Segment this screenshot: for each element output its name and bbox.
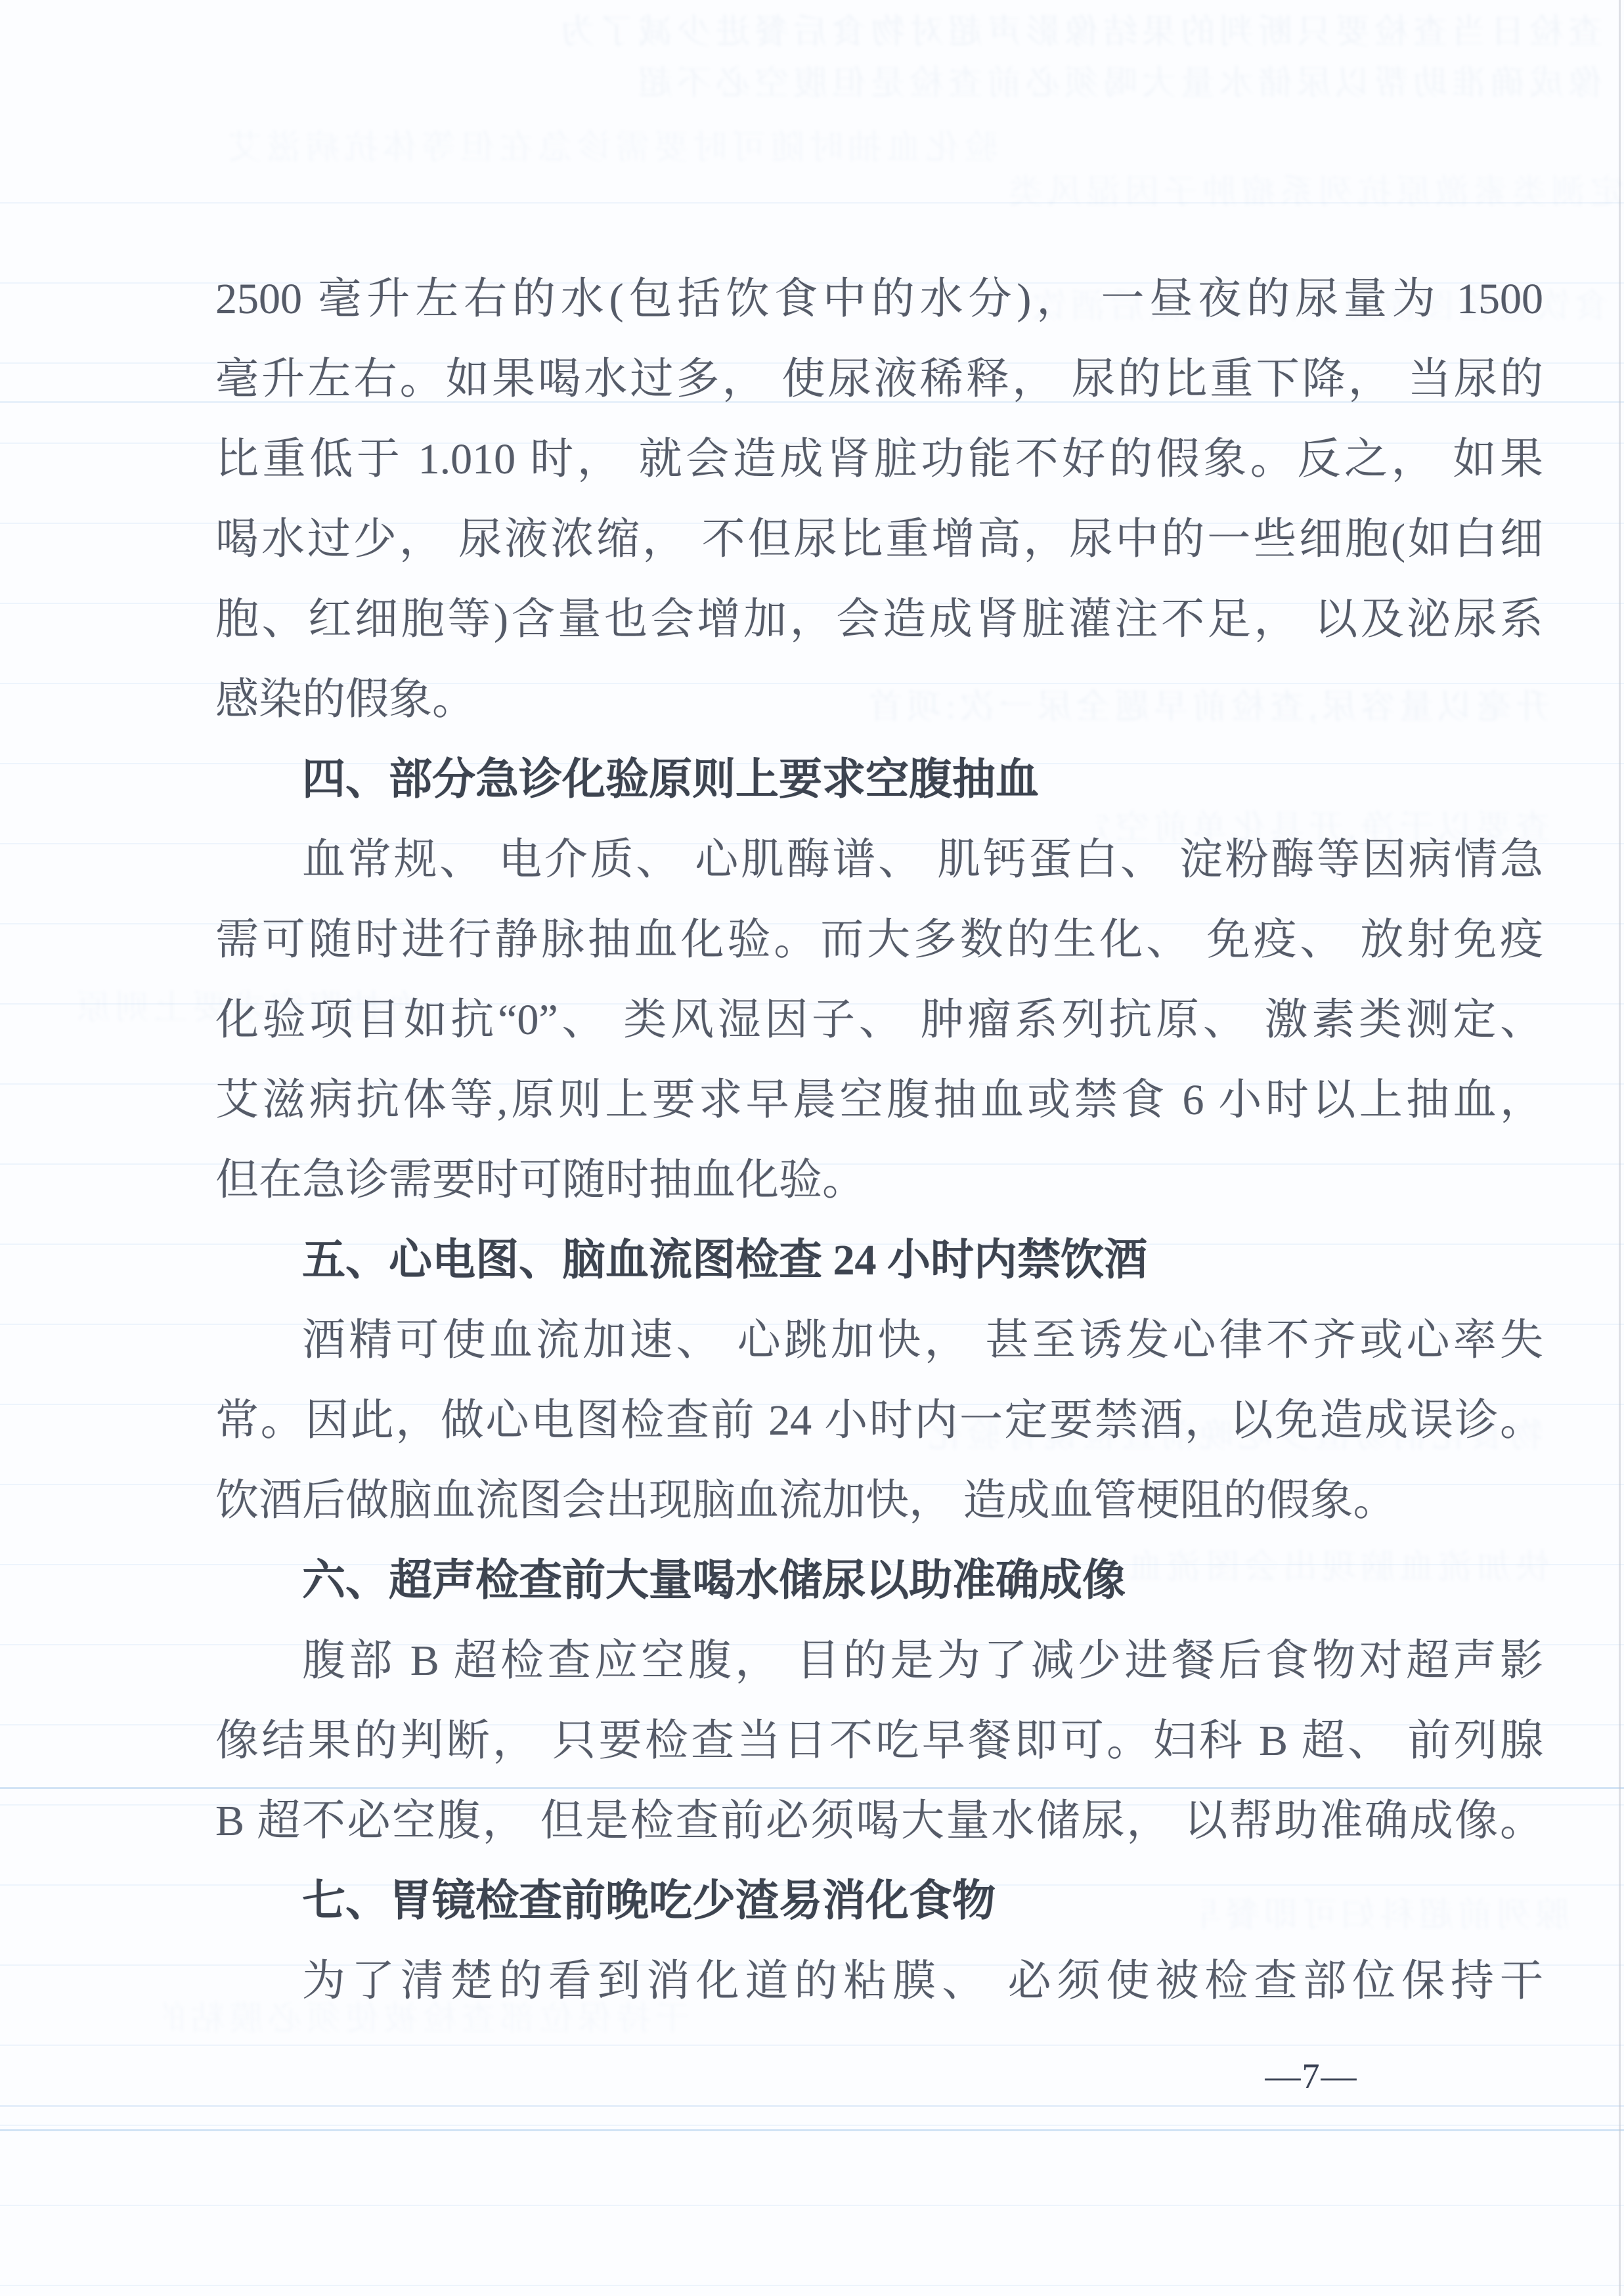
text-line: 但在急诊需要时可随时抽血化验。 bbox=[215, 1140, 1543, 1221]
text-line: 需可随时进行静脉抽血化验。而大多数的生化、 免疫、 放射免疫 bbox=[215, 900, 1543, 980]
text-line: 化验项目如抗“0”、 类风湿因子、 肿瘤系列抗原、 激素类测定、 bbox=[215, 980, 1543, 1060]
text-line: B 超不必空腹， 但是检查前必须喝大量水储尿， 以帮助准确成像。 bbox=[215, 1781, 1543, 1861]
bleedthrough-artifact: 定测类素激原抗列系瘤肿子因湿风类 bbox=[0, 169, 1624, 217]
bleedthrough-artifact: 查检日当查检要只断判的果结像影声超对物食后餐进少减了为 bbox=[20, 9, 1602, 56]
ruled-line-artifact bbox=[0, 2129, 1624, 2131]
ruled-line-artifact bbox=[0, 2105, 1624, 2107]
section-heading: 五、心电图、脑血流图检查 24 小时内禁饮酒 bbox=[215, 1221, 1543, 1301]
section-heading: 六、超声检查前大量喝水储尿以助准确成像 bbox=[215, 1541, 1543, 1621]
text-line: 毫升左右。如果喝水过多， 使尿液稀释， 尿的比重下降， 当尿的 bbox=[215, 339, 1543, 420]
text-line: 常。因此，做心电图检查前 24 小时内一定要禁酒，以免造成误诊。 bbox=[215, 1381, 1543, 1461]
text-line: 感染的假象。 bbox=[215, 660, 1543, 740]
section-heading: 七、胃镜检查前晚吃少渣易消化食物 bbox=[215, 1861, 1543, 1941]
text-line: 艾滋病抗体等,原则上要求早晨空腹抽血或禁食 6 小时以上抽血， bbox=[215, 1060, 1543, 1140]
page-number: —7— bbox=[1256, 2055, 1367, 2097]
bleedthrough-artifact: 像成确准助帮以尿储水量大喝须必前查检是但腹空必不超 bbox=[20, 60, 1602, 108]
text-line: 酒精可使血流加速、 心跳加快， 甚至诱发心律不齐或心率失 bbox=[215, 1301, 1543, 1381]
bleedthrough-artifact: 验化血抽时随可时要需诊急在但等体抗病滋艾 bbox=[13, 125, 998, 172]
text-line: 比重低于 1.010 时， 就会造成肾脏功能不好的假象。反之， 如果 bbox=[215, 420, 1543, 500]
section-heading: 四、部分急诊化验原则上要求空腹抽血 bbox=[215, 740, 1543, 820]
text-line: 饮酒后做脑血流图会出现脑血流加快， 造成血管梗阻的假象。 bbox=[215, 1461, 1543, 1541]
text-line: 为了清楚的看到消化道的粘膜、 必须使被检查部位保持干 bbox=[215, 1941, 1543, 2022]
text-line: 2500 毫升左右的水(包括饮食中的水分)， 一昼夜的尿量为 1500 bbox=[215, 259, 1543, 339]
text-line: 腹部 B 超检查应空腹， 目的是为了减少进餐后食物对超声影 bbox=[215, 1621, 1543, 1701]
document-page: 查检日当查检要只断判的果结像影声超对物食后餐进少减了为 像成确准助帮以尿储水量大… bbox=[0, 0, 1624, 2296]
scan-edge-line bbox=[1619, 0, 1621, 2296]
text-line: 血常规、 电介质、 心肌酶谱、 肌钙蛋白、 淀粉酶等因病情急 bbox=[215, 820, 1543, 900]
text-line: 喝水过少， 尿液浓缩， 不但尿比重增高，尿中的一些细胞(如白细 bbox=[215, 500, 1543, 580]
document-text-block: 2500 毫升左右的水(包括饮食中的水分)， 一昼夜的尿量为 1500 毫升左右… bbox=[215, 259, 1543, 2022]
text-line: 胞、红细胞等)含量也会增加，会造成肾脏灌注不足， 以及泌尿系 bbox=[215, 580, 1543, 660]
text-line: 像结果的判断， 只要检查当日不吃早餐即可。妇科 B 超、 前列腺 bbox=[215, 1701, 1543, 1781]
